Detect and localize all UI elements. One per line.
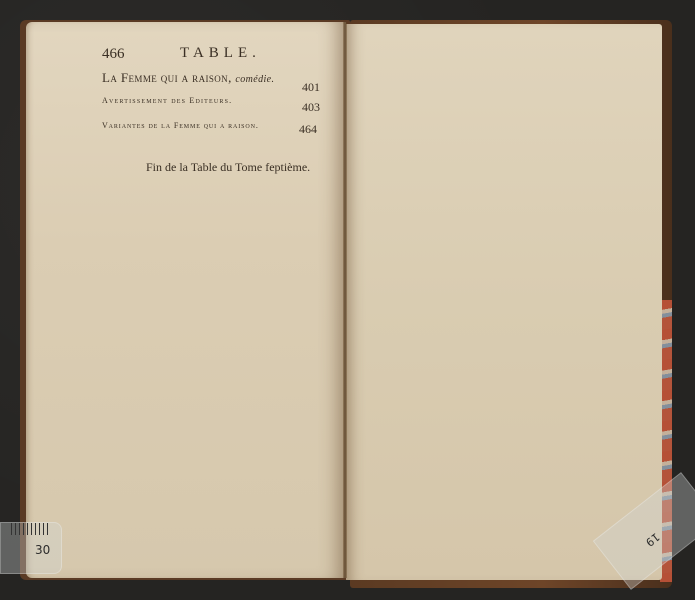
toc-entry-page: 401 xyxy=(302,80,320,95)
left-page xyxy=(26,22,346,578)
toc-entry: Variantes de la Femme qui a raison. xyxy=(102,121,259,130)
toc-entry-note: comédie. xyxy=(235,74,274,85)
book-gutter xyxy=(343,22,347,578)
ruler-label: 19 xyxy=(643,530,662,549)
toc-entry-page: 403 xyxy=(302,100,320,115)
closing-line: Fin de la Table du Tome feptième. xyxy=(146,160,310,175)
toc-entry-title: La Femme qui a raison, xyxy=(102,70,232,85)
toc-entry-title: Variantes de la Femme qui a raison. xyxy=(102,121,259,130)
page-number: 466 xyxy=(102,46,125,63)
toc-entry-page: 464 xyxy=(299,122,317,137)
right-page-blank xyxy=(346,24,662,580)
running-head: TABLE. xyxy=(180,45,261,62)
ruler-label: 30 xyxy=(35,543,50,557)
toc-entry: La Femme qui a raison, comédie. xyxy=(102,70,274,86)
toc-entry-title: Avertissement des Editeurs. xyxy=(102,96,232,105)
ruler-ticks xyxy=(11,523,49,535)
toc-entry: Avertissement des Editeurs. xyxy=(102,96,232,105)
ruler-left: 30 xyxy=(0,522,62,574)
